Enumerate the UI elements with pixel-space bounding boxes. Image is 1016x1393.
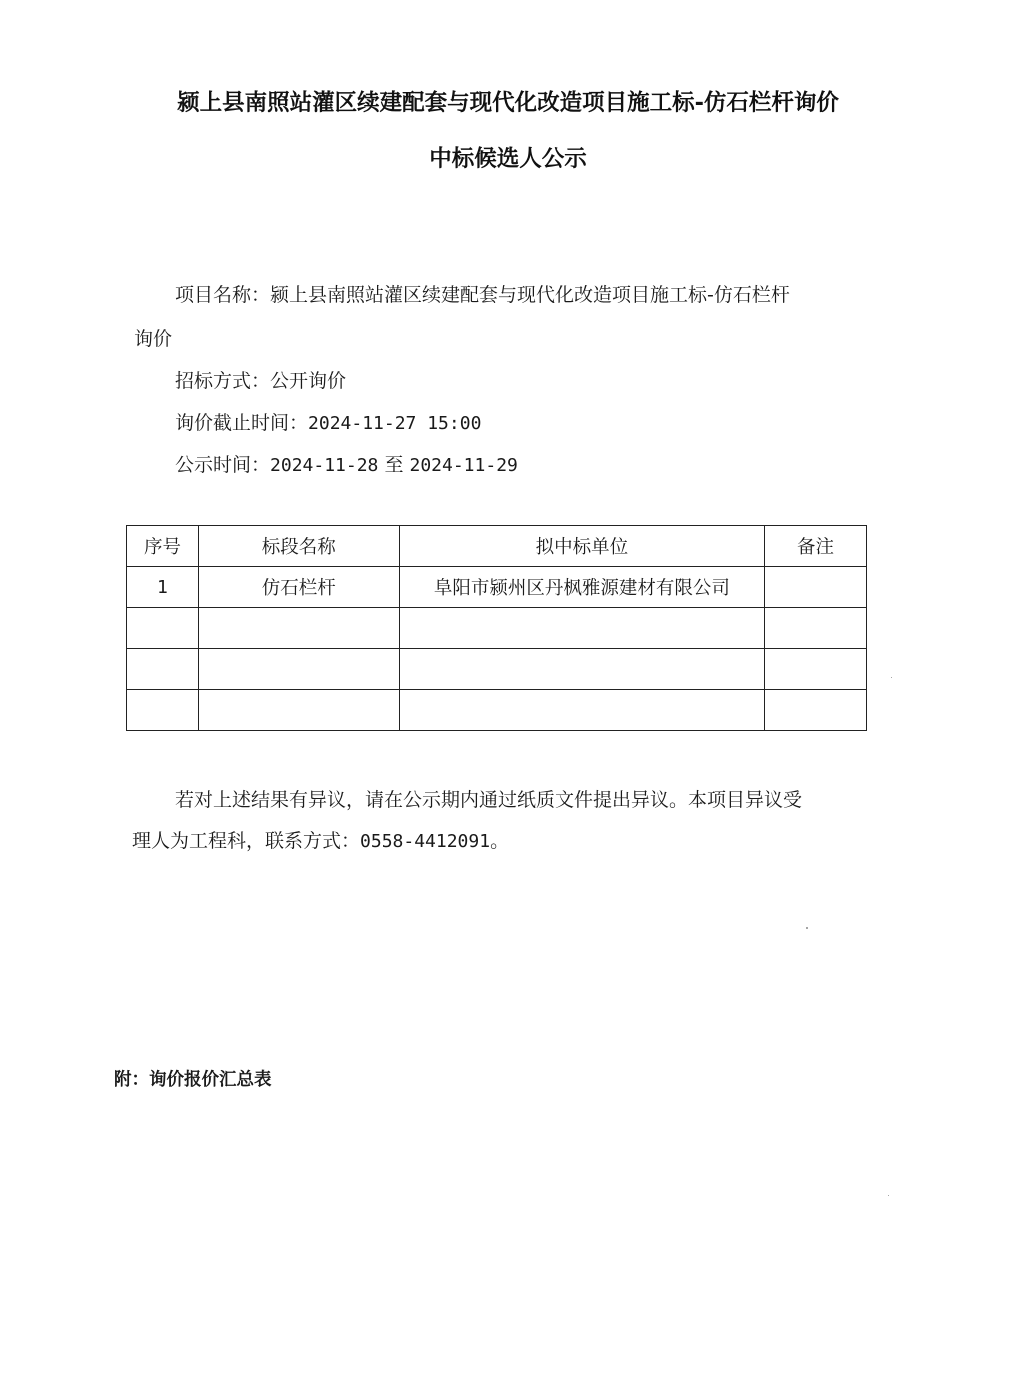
bid-method: 招标方式：公开询价 (175, 366, 346, 393)
project-name-line-2: 询价 (134, 324, 172, 351)
cell-remarks (765, 690, 867, 731)
table-row (127, 649, 867, 690)
table-header-row: 序号 标段名称 拟中标单位 备注 (127, 526, 867, 567)
header-proposed-winner: 拟中标单位 (399, 526, 764, 567)
document-title-line-2: 中标候选人公示 (0, 141, 1016, 173)
bid-method-label: 招标方式： (175, 370, 270, 392)
cell-section-name (198, 608, 399, 649)
cell-serial-number (127, 690, 199, 731)
cell-remarks (765, 649, 867, 690)
cell-serial-number (127, 608, 199, 649)
scan-speck (891, 677, 892, 678)
cell-remarks (765, 608, 867, 649)
project-name-label: 项目名称： (175, 284, 270, 306)
publicity-end-date: 2024-11-29 (410, 455, 518, 476)
attachment-note: 附：询价报价汇总表 (114, 1066, 272, 1091)
publicity-period: 公示时间：2024-11-28 至 2024-11-29 (175, 450, 518, 477)
inquiry-deadline-label: 询价截止时间： (175, 412, 308, 434)
project-name-value: 颍上县南照站灌区续建配套与现代化改造项目施工标-仿石栏杆 (270, 284, 790, 306)
notice-period-mark: 。 (490, 830, 509, 852)
contact-phone: 0558-4412091 (360, 831, 490, 852)
cell-remarks (765, 567, 867, 608)
header-serial-number: 序号 (127, 526, 199, 567)
table-row: 1 仿石栏杆 阜阳市颍州区丹枫雅源建材有限公司 (127, 567, 867, 608)
cell-section-name (198, 690, 399, 731)
scan-speck (806, 927, 808, 929)
scan-speck (888, 1195, 889, 1196)
inquiry-deadline: 询价截止时间：2024-11-27 15:00 (175, 408, 481, 435)
publicity-start-date: 2024-11-28 (270, 455, 378, 476)
bid-method-value: 公开询价 (270, 370, 346, 392)
cell-proposed-winner: 阜阳市颍州区丹枫雅源建材有限公司 (399, 567, 764, 608)
cell-proposed-winner (399, 608, 764, 649)
cell-proposed-winner (399, 690, 764, 731)
inquiry-deadline-value: 2024-11-27 15:00 (308, 413, 481, 434)
candidate-table: 序号 标段名称 拟中标单位 备注 1 仿石栏杆 阜阳市颍州区丹枫雅源建材有限公司 (126, 525, 867, 731)
objection-contact-text: 理人为工程科，联系方式： (132, 830, 360, 852)
cell-section-name: 仿石栏杆 (198, 567, 399, 608)
publicity-separator: 至 (384, 454, 403, 476)
cell-proposed-winner (399, 649, 764, 690)
table-row (127, 608, 867, 649)
table-row (127, 690, 867, 731)
header-remarks: 备注 (765, 526, 867, 567)
document-title-line-1: 颍上县南照站灌区续建配套与现代化改造项目施工标-仿石栏杆询价 (0, 85, 1016, 117)
publicity-period-label: 公示时间： (175, 454, 270, 476)
cell-serial-number (127, 649, 199, 690)
objection-notice-line-1: 若对上述结果有异议，请在公示期内通过纸质文件提出异议。本项目异议受 (175, 785, 802, 812)
cell-serial-number: 1 (127, 567, 199, 608)
objection-notice-line-2: 理人为工程科，联系方式：0558-4412091。 (132, 826, 509, 853)
header-section-name: 标段名称 (198, 526, 399, 567)
cell-section-name (198, 649, 399, 690)
project-name-line-1: 项目名称：颍上县南照站灌区续建配套与现代化改造项目施工标-仿石栏杆 (175, 280, 790, 307)
